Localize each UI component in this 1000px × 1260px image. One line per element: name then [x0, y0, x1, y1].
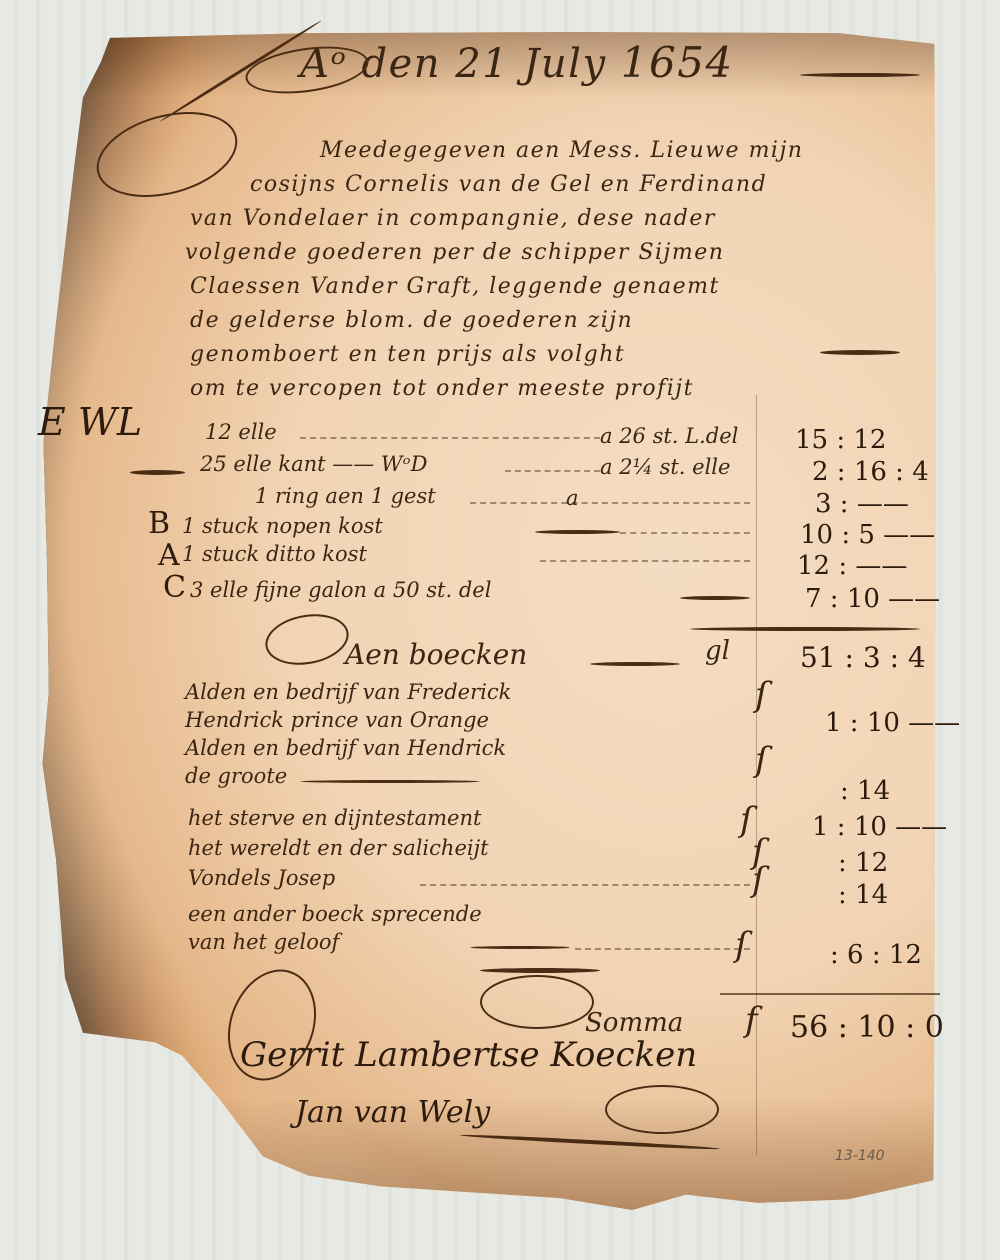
book-2-line-2: de groote [185, 764, 287, 788]
item-4-amount: 10 : 5 —— [800, 520, 935, 550]
book-4-line-1: het wereldt en der salicheijt [188, 836, 489, 860]
catalog-number: 13-140 [835, 1148, 885, 1164]
total-rule [720, 993, 940, 995]
book-4-amount: : 12 [838, 848, 888, 878]
book-3-amount: 1 : 10 —— [812, 812, 947, 842]
merchant-mark-main: E WL [38, 400, 142, 444]
total-flourish-stroke [480, 968, 600, 973]
item-6-stroke [680, 596, 750, 600]
heading-date: den 21 July [362, 41, 607, 87]
item-4-stroke [535, 530, 620, 534]
book-3-florin-icon: ſ [740, 800, 753, 840]
signature-1: Gerrit Lambertse Koecken [240, 1035, 697, 1075]
book-5-florin-icon: ſ [752, 860, 765, 900]
body-line-5: Claessen Vander Graft, leggende genaemt [190, 274, 720, 299]
book-6-line-2: van het geloof [188, 930, 339, 954]
book-2-stroke [300, 780, 480, 783]
merchant-mark-underline [130, 470, 185, 475]
item-5-leader [540, 560, 750, 562]
total-flourish-loop [480, 975, 594, 1029]
item-1-amount: 15 : 12 [795, 425, 886, 455]
item-1-leader [300, 437, 600, 439]
item-3-amount: 3 : —— [815, 489, 909, 519]
book-1-florin-icon: ſ [755, 675, 768, 715]
book-6-florin-icon: ſ [735, 925, 748, 965]
total-amount: 56 : 10 : 0 [790, 1010, 944, 1045]
book-1-amount: 1 : 10 —— [825, 708, 960, 738]
book-6-stroke [470, 946, 570, 949]
subtotal-currency: gl [705, 636, 730, 666]
book-3-line-1: het sterve en dijntestament [188, 806, 481, 830]
body-line-2: cosijns Cornelis van de Gel en Ferdinand [250, 172, 767, 197]
book-2-line-1: Alden en bedrijf van Hendrick [185, 736, 506, 760]
item-1-rate: a 26 st. L.del [600, 424, 738, 448]
item-2-amount: 2 : 16 : 4 [812, 457, 929, 487]
book-1-line-1: Alden en bedrijf van Frederick [185, 680, 511, 704]
merchant-mark-a: A [158, 538, 180, 573]
body-line-3: van Vondelaer in compangnie, dese nader [190, 206, 716, 231]
body-stroke [820, 350, 900, 355]
subtotal-amount: 51 : 3 : 4 [800, 641, 926, 674]
body-line-8: om te vercopen tot onder meeste profijt [190, 376, 694, 401]
item-2-rate: a 2¼ st. elle [600, 455, 730, 479]
book-2-florin-icon: ſ [755, 740, 768, 780]
item-3-leader [470, 502, 750, 504]
body-line-7: genomboert en ten prijs als volght [190, 342, 625, 367]
signature-2-flourish [605, 1085, 719, 1134]
body-line-4: volgende goederen per de schipper Sijmen [185, 240, 724, 265]
book-2-amount: : 14 [840, 776, 890, 806]
book-6-leader [575, 948, 750, 950]
book-5-amount: : 14 [838, 880, 888, 910]
book-5-line-1: Vondels Josep [188, 866, 335, 890]
item-2-leader [505, 470, 600, 472]
subtotal-label-stroke [590, 662, 680, 666]
item-3-rate: a [566, 486, 579, 510]
item-5-desc: 1 stuck ditto kost [182, 542, 367, 566]
signature-2: Jan van Wely [295, 1095, 490, 1130]
merchant-mark-b: B [148, 506, 170, 541]
item-4-leader [620, 532, 750, 534]
heading-year: 1654 [621, 38, 734, 87]
body-line-1: Meedegegeven aen Mess. Lieuwe mijn [320, 138, 803, 163]
book-6-amount: : 6 : 12 [830, 940, 922, 970]
heading-flourish-stroke [800, 73, 920, 77]
subtotal-label: Aen boecken [345, 638, 527, 671]
total-label: Somma [585, 1008, 683, 1038]
item-2-desc: 25 elle kant —— WᵒD [200, 452, 427, 476]
subtotal-rule [690, 627, 920, 631]
book-1-line-2: Hendrick prince van Orange [185, 708, 489, 732]
book-6-line-1: een ander boeck sprecende [188, 902, 482, 926]
item-1-desc: 12 elle [205, 420, 277, 444]
item-6-desc: 3 elle fijne galon a 50 st. del [190, 578, 491, 602]
body-line-6: de gelderse blom. de goederen zijn [190, 308, 633, 333]
item-3-desc: 1 ring aen 1 gest [255, 484, 436, 508]
book-5-leader [420, 884, 750, 886]
total-currency: f [745, 1000, 758, 1040]
item-6-amount: 7 : 10 —— [805, 584, 940, 614]
item-5-amount: 12 : —— [797, 551, 907, 581]
merchant-mark-c: C [163, 570, 186, 605]
item-4-desc: 1 stuck nopen kost [182, 514, 383, 538]
